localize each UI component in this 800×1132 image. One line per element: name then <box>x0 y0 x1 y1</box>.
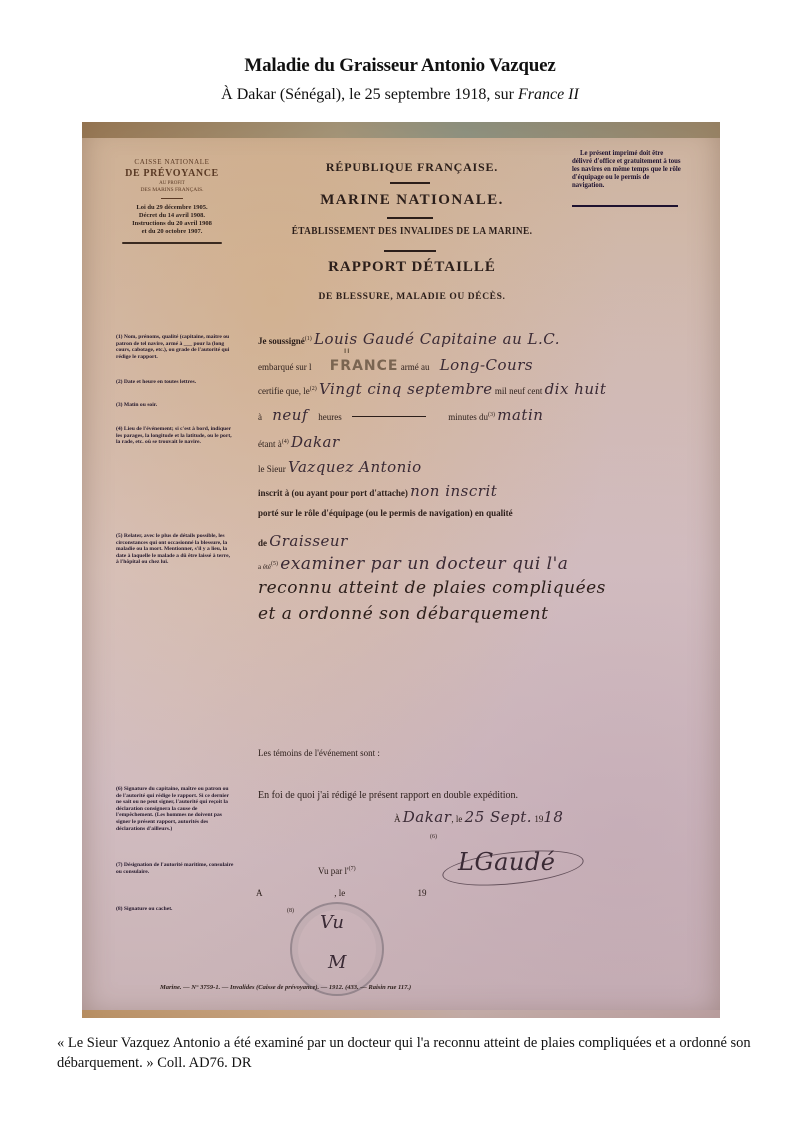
date-value: Vingt cinq septembre <box>319 380 493 398</box>
form-line-porte: porté sur le rôle d'équipage (ou le perm… <box>258 508 513 518</box>
label: À <box>394 814 401 824</box>
form-line-sieur: le Sieur Vazquez Antonio <box>258 458 422 476</box>
photo-bottom-edge <box>82 1010 720 1018</box>
margin-note-2: (2) Date et heure en toutes lettres. <box>116 379 234 386</box>
sign-date-value: 25 Sept. <box>465 808 532 826</box>
photo-top-edge <box>82 122 720 138</box>
divider <box>384 250 436 252</box>
qualite-value: Graisseur <box>269 532 348 550</box>
year-value: dix huit <box>545 380 607 398</box>
blessure-heading: DE BLESSURE, MALADIE OU DÉCÈS. <box>252 292 572 302</box>
margin-note-6: (6) Signature du capitaine, maître ou pa… <box>116 786 234 832</box>
caisse-line4: DES MARINS FRANÇAIS. <box>112 187 232 193</box>
label: heures <box>318 412 342 422</box>
printer-imprint: Marine. — N° 3759-1. — Invalides (Caisse… <box>160 984 411 991</box>
caisse-line3: AU PROFIT <box>112 181 232 186</box>
margin-note-4: (4) Lieu de l'événement; si c'est à bord… <box>116 426 234 446</box>
law-line: et du 20 octobre 1907. <box>112 228 232 236</box>
law-line: Décret du 14 avril 1908. <box>112 212 232 220</box>
notice-text: Le présent imprimé doit être délivré d'o… <box>572 150 682 190</box>
law-references: Loi du 29 décembre 1905. Décret du 14 av… <box>112 204 232 236</box>
arme-value: Long-Cours <box>440 356 533 374</box>
margin-note-1: (1) Nom, prénoms, qualité (capitaine, ma… <box>116 334 234 360</box>
ref: (5) <box>271 561 278 567</box>
caisse-nationale-header: CAISSE NATIONALE DE PRÉVOYANCE AU PROFIT… <box>112 158 232 244</box>
law-line: Instructions du 20 avril 1908 <box>112 220 232 228</box>
form-line-lieu: étant à(4) Dakar <box>258 433 340 451</box>
form-line-certifie: certifie que, le(2) Vingt cinq septembre… <box>258 380 606 398</box>
label: certifie que, le <box>258 386 310 396</box>
republique-heading: RÉPUBLIQUE FRANÇAISE. <box>252 160 572 175</box>
law-line: Loi du 29 décembre 1905. <box>112 204 232 212</box>
blank-line <box>352 416 426 417</box>
label: , le <box>451 814 462 824</box>
ship-name: France II <box>518 86 579 103</box>
divider <box>387 217 433 219</box>
form-line-soussigne: Je soussigné(1) Louis Gaudé Capitaine au… <box>258 330 560 348</box>
narrative-line: et a ordonné son débarquement <box>258 604 548 624</box>
sieur-value: Vazquez Antonio <box>288 458 422 476</box>
form-line-heure: à neuf heures minutes du(3) matin <box>258 406 543 424</box>
rapport-heading: RAPPORT DÉTAILLÉ <box>252 259 572 276</box>
sign-place-value: Dakar <box>403 808 452 826</box>
signature-place-date: À Dakar, le 25 Sept. 1918 <box>394 808 563 826</box>
label: A <box>256 888 262 898</box>
page-title: Maladie du Graisseur Antonio Vazquez <box>0 55 800 77</box>
label: a été <box>258 563 271 571</box>
narrative-line: reconnu atteint de plaies compliquées <box>258 578 606 598</box>
etablissement-heading: ÉTABLISSEMENT DES INVALIDES DE LA MARINE… <box>263 226 561 237</box>
photo-caption: « Le Sieur Vazquez Antonio a été examiné… <box>57 1033 757 1073</box>
narrative-line: examiner par un docteur qui l'a <box>280 554 568 574</box>
vu-par-line: Vu par l'(7) <box>318 866 356 876</box>
inscrit-value: non inscrit <box>410 482 497 500</box>
label: le Sieur <box>258 464 286 474</box>
label: à <box>258 412 262 422</box>
label: étant à <box>258 439 282 449</box>
label: minutes du <box>448 412 488 422</box>
ref: (6) <box>430 834 437 840</box>
label: armé au <box>401 362 430 372</box>
place-value: Dakar <box>291 433 340 451</box>
document-photo: CAISSE NATIONALE DE PRÉVOYANCE AU PROFIT… <box>82 122 720 1018</box>
margin-note-5: (5) Relater, avec le plus de détails pos… <box>116 533 234 566</box>
hour-value: neuf <box>272 406 308 424</box>
ship-stamp-small: II <box>344 348 350 355</box>
ref: (1) <box>305 336 312 342</box>
caisse-line2: DE PRÉVOYANCE <box>112 168 232 179</box>
ref: (7) <box>349 866 356 872</box>
period-value: matin <box>497 406 543 424</box>
margin-note-3: (3) Matin ou soir. <box>116 402 234 409</box>
label: 19 <box>534 814 543 824</box>
official-seal: Vu M <box>290 902 384 996</box>
label: embarqué sur l <box>258 362 311 372</box>
seal-signature: M <box>328 952 347 973</box>
label: Vu par l' <box>318 866 349 876</box>
ref: (3) <box>488 412 495 418</box>
en-foi-line: En foi de quoi j'ai rédigé le présent ra… <box>258 790 518 801</box>
label: 19 <box>418 888 427 898</box>
label: mil neuf cent <box>495 386 542 396</box>
captain-name: Louis Gaudé Capitaine au L.C. <box>314 330 560 348</box>
label: de <box>258 538 267 548</box>
form-line-inscrit: inscrit à (ou ayant pour port d'attache)… <box>258 482 497 500</box>
divider <box>122 242 222 244</box>
ref: (2) <box>310 386 317 392</box>
ref: (4) <box>282 439 289 445</box>
divider <box>390 182 430 184</box>
form-line-narrative-1: a été(5) examiner par un docteur qui l'a <box>258 554 568 574</box>
seal-annotation: Vu <box>320 912 344 933</box>
marine-heading: MARINE NATIONALE. <box>252 192 572 209</box>
sign-year-value: 18 <box>543 808 563 826</box>
label: Je soussigné <box>258 336 305 346</box>
label: porté sur le rôle d'équipage (ou le perm… <box>258 508 513 518</box>
vu-date-line: A , le 19 <box>256 888 427 898</box>
divider <box>572 205 678 207</box>
subtitle-text: À Dakar (Sénégal), le 25 septembre 1918,… <box>221 86 518 103</box>
divider <box>161 198 183 199</box>
ship-stamp: FRANCE <box>330 358 399 374</box>
form-line-embarque: embarqué sur l FRANCE armé au Long-Cours <box>258 356 533 374</box>
page-subtitle: À Dakar (Sénégal), le 25 septembre 1918,… <box>0 86 800 104</box>
margin-note-8: (8) Signature ou cachet. <box>116 906 234 913</box>
margin-note-7: (7) Désignation de l'autorité maritime, … <box>116 862 234 875</box>
form-line-qualite: de Graisseur <box>258 532 348 550</box>
label: , le <box>334 888 345 898</box>
caisse-line1: CAISSE NATIONALE <box>112 158 232 166</box>
temoins-line: Les témoins de l'événement sont : <box>258 748 380 758</box>
label: inscrit à (ou ayant pour port d'attache) <box>258 488 408 498</box>
ref: (8) <box>287 908 294 914</box>
captain-signature: LGaudé <box>458 848 555 876</box>
